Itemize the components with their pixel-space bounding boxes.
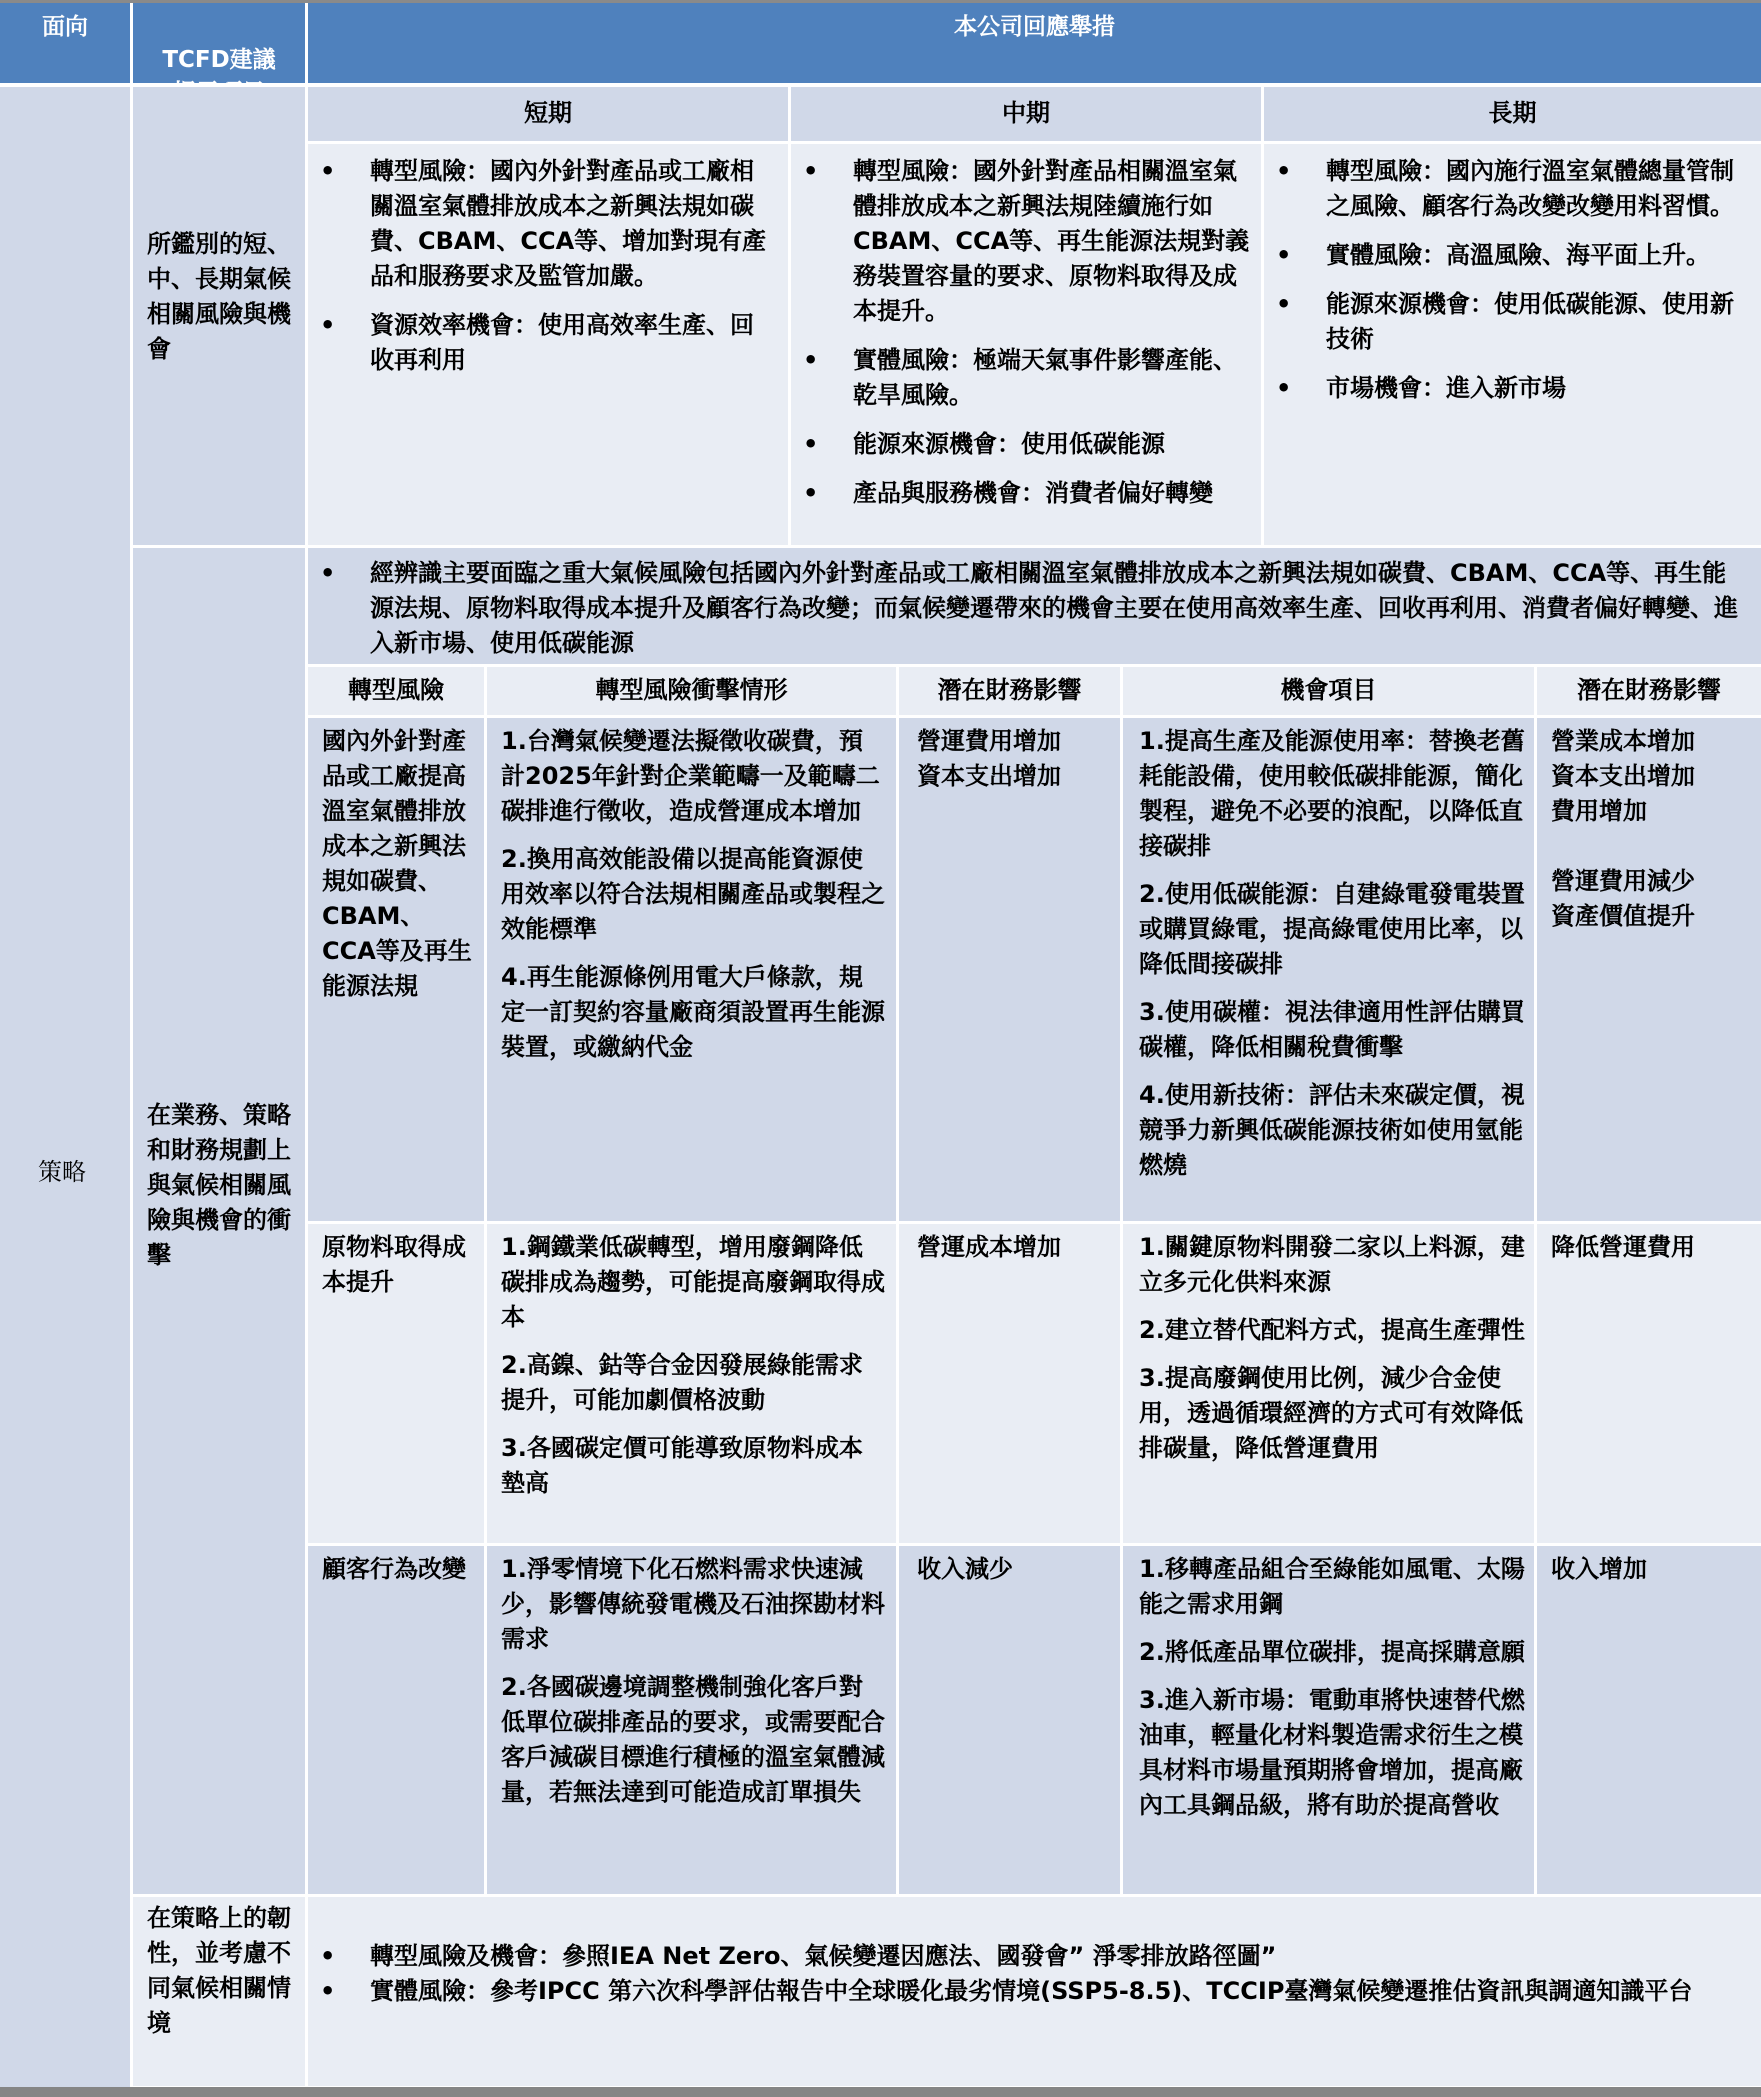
row3-opp-financial: 收入增加 bbox=[1537, 1546, 1761, 1894]
term-mid-label: 中期 bbox=[1002, 99, 1050, 127]
opportunity-item: 3.提高廢鋼使用比例，減少合金使用，透過循環經濟的方式可有效降低排碳量，降低營運… bbox=[1139, 1361, 1526, 1466]
bottom-bar bbox=[0, 2087, 1761, 2097]
term-mid-header: 中期 bbox=[791, 87, 1261, 141]
short-term-list: 轉型風險：國內外針對產品或工廠相關溫室氣體排放成本之新興法規如碳費、CBAM、C… bbox=[308, 154, 774, 378]
header-aspect: 面向 bbox=[0, 3, 130, 83]
row3-risk-text: 顧客行為改變 bbox=[322, 1555, 466, 1583]
opportunity-item: 2.使用低碳能源：自建綠電發電裝置或購買綠電，提高綠電使用比率，以降低間接碳排 bbox=[1139, 877, 1526, 982]
financial-spacer bbox=[1551, 829, 1753, 864]
impact-item: 3.各國碳定價可能導致原物料成本墊高 bbox=[501, 1431, 886, 1501]
section1-label-cell: 所鑑別的短、中、長期氣候相關風險與機會 bbox=[133, 87, 305, 545]
financial-item: 資本支出增加 bbox=[1551, 759, 1753, 794]
col-header-risk-label: 轉型風險 bbox=[348, 676, 444, 704]
col-header-opportunity: 機會項目 bbox=[1123, 667, 1534, 715]
list-item: 實體風險：高溫風險、海平面上升。 bbox=[1264, 238, 1747, 273]
col-header-opp-financial: 潛在財務影響 bbox=[1537, 667, 1761, 715]
row1-risk: 國內外針對產品或工廠提高溫室氣體排放成本之新興法規如碳費、CBAM、CCA等及再… bbox=[308, 718, 484, 1221]
aspect-label: 策略 bbox=[38, 1155, 86, 1190]
header-aspect-label: 面向 bbox=[42, 14, 88, 40]
section1-label: 所鑑別的短、中、長期氣候相關風險與機會 bbox=[147, 227, 291, 367]
impact-item: 1.鋼鐵業低碳轉型，增用廢鋼降低碳排成為趨勢，可能提高廢鋼取得成本 bbox=[501, 1230, 886, 1335]
header-response-label: 本公司回應舉措 bbox=[954, 14, 1115, 40]
list-item: 實體風險：參考IPCC 第六次科學評估報告中全球暖化最劣情境(SSP5-8.5)… bbox=[308, 1974, 1741, 2009]
opportunity-item: 3.進入新市場：電動車將快速替代燃油車，輕量化材料製造需求衍生之模具材料市場量預… bbox=[1139, 1683, 1526, 1823]
row3-impacts: 1.淨零情境下化石燃料需求快速減少，影響傳統發電機及石油探勘材料需求 2.各國碳… bbox=[487, 1546, 896, 1894]
row2-risk-financial: 營運成本增加 bbox=[899, 1224, 1120, 1543]
financial-item: 費用增加 bbox=[1551, 794, 1753, 829]
list-item: 轉型風險：國外針對產品相關溫室氣體排放成本之新興法規陸續施行如CBAM、CCA等… bbox=[791, 154, 1253, 329]
row3-opportunities: 1.移轉產品組合至綠能如風電、太陽能之需求用鋼 2.將低產品單位碳排，提高採購意… bbox=[1123, 1546, 1534, 1894]
row1-impacts: 1.台灣氣候變遷法擬徵收碳費，預計2025年針對企業範疇一及範疇二碳排進行徵收，… bbox=[487, 718, 896, 1221]
col-header-impact: 轉型風險衝擊情形 bbox=[487, 667, 896, 715]
financial-item: 營運費用減少 bbox=[1551, 864, 1753, 899]
financial-item: 營業成本增加 bbox=[1551, 724, 1753, 759]
section3-label: 在策略上的韌性，並考慮不同氣候相關情境 bbox=[147, 1901, 291, 2041]
impact-item: 1.台灣氣候變遷法擬徵收碳費，預計2025年針對企業範疇一及範疇二碳排進行徵收，… bbox=[501, 724, 886, 829]
list-item: 轉型風險：國內施行溫室氣體總量管制之風險、顧客行為改變改變用料習慣。 bbox=[1264, 154, 1747, 224]
row2-risk: 原物料取得成本提升 bbox=[308, 1224, 484, 1543]
term-long-label: 長期 bbox=[1489, 99, 1537, 127]
financial-item: 營運成本增加 bbox=[917, 1230, 1110, 1265]
summary-list: 經辨識主要面臨之重大氣候風險包括國內外針對產品或工廠相關溫室氣體排放成本之新興法… bbox=[308, 556, 1741, 661]
opportunity-item: 2.將低產品單位碳排，提高採購意願 bbox=[1139, 1635, 1526, 1670]
opportunity-item: 1.提高生產及能源使用率：替換老舊耗能設備，使用較低碳排能源，簡化製程，避免不必… bbox=[1139, 724, 1526, 864]
term-short-label: 短期 bbox=[524, 99, 572, 127]
list-item: 轉型風險：國內外針對產品或工廠相關溫室氣體排放成本之新興法規如碳費、CBAM、C… bbox=[308, 154, 774, 294]
section2-label: 在業務、策略和財務規劃上與氣候相關風險與機會的衝擊 bbox=[147, 1098, 291, 1273]
row2-opportunities: 1.關鍵原物料開發二家以上料源，建立多元化供料來源 2.建立替代配料方式，提高生… bbox=[1123, 1224, 1534, 1543]
col-header-opportunity-label: 機會項目 bbox=[1281, 676, 1377, 704]
list-item: 產品與服務機會：消費者偏好轉變 bbox=[791, 476, 1253, 511]
row2-opp-financial: 降低營運費用 bbox=[1537, 1224, 1761, 1543]
impact-item: 2.換用高效能設備以提高能資源使用效率以符合法規相關產品或製程之效能標準 bbox=[501, 842, 886, 947]
list-item: 市場機會：進入新市場 bbox=[1264, 371, 1747, 406]
impact-item: 2.高鎳、鈷等合金因發展綠能需求提升，可能加劇價格波動 bbox=[501, 1348, 886, 1418]
col-header-opp-financial-label: 潛在財務影響 bbox=[1577, 676, 1721, 704]
col-header-risk-financial: 潛在財務影響 bbox=[899, 667, 1120, 715]
col-header-risk: 轉型風險 bbox=[308, 667, 484, 715]
financial-item: 資產價值提升 bbox=[1551, 899, 1753, 934]
col-header-impact-label: 轉型風險衝擊情形 bbox=[596, 676, 788, 704]
section2-label-cell: 在業務、策略和財務規劃上與氣候相關風險與機會的衝擊 bbox=[133, 548, 305, 1894]
opportunity-item: 1.關鍵原物料開發二家以上料源，建立多元化供料來源 bbox=[1139, 1230, 1526, 1300]
header-tcfd-label: TCFD建議 揭露項目 bbox=[162, 47, 275, 83]
impact-item: 1.淨零情境下化石燃料需求快速減少，影響傳統發電機及石油探勘材料需求 bbox=[501, 1552, 886, 1657]
opportunity-item: 3.使用碳權：視法律適用性評估購買碳權，降低相關稅費衝擊 bbox=[1139, 995, 1526, 1065]
row2-impacts: 1.鋼鐵業低碳轉型，增用廢鋼降低碳排成為趨勢，可能提高廢鋼取得成本 2.高鎳、鈷… bbox=[487, 1224, 896, 1543]
list-item: 經辨識主要面臨之重大氣候風險包括國內外針對產品或工廠相關溫室氣體排放成本之新興法… bbox=[308, 556, 1741, 661]
list-item: 能源來源機會：使用低碳能源、使用新技術 bbox=[1264, 287, 1747, 357]
row3-risk-financial: 收入減少 bbox=[899, 1546, 1120, 1894]
financial-item: 收入增加 bbox=[1551, 1552, 1753, 1587]
section3-label-cell: 在策略上的韌性，並考慮不同氣候相關情境 bbox=[133, 1897, 305, 2086]
row1-opp-financial: 營業成本增加 資本支出增加 費用增加 營運費用減少 資產價值提升 bbox=[1537, 718, 1761, 1221]
financial-item: 營運費用增加 bbox=[917, 724, 1110, 759]
term-short-content: 轉型風險：國內外針對產品或工廠相關溫室氣體排放成本之新興法規如碳費、CBAM、C… bbox=[308, 144, 788, 545]
header-response: 本公司回應舉措 bbox=[308, 3, 1761, 83]
row1-opportunities: 1.提高生產及能源使用率：替換老舊耗能設備，使用較低碳排能源，簡化製程，避免不必… bbox=[1123, 718, 1534, 1221]
col-header-risk-financial-label: 潛在財務影響 bbox=[938, 676, 1082, 704]
mid-term-list: 轉型風險：國外針對產品相關溫室氣體排放成本之新興法規陸續施行如CBAM、CCA等… bbox=[791, 154, 1253, 511]
term-long-header: 長期 bbox=[1264, 87, 1761, 141]
row1-risk-text: 國內外針對產品或工廠提高溫室氣體排放成本之新興法規如碳費、CBAM、CCA等及再… bbox=[322, 727, 472, 1000]
term-short-header: 短期 bbox=[308, 87, 788, 141]
list-item: 轉型風險及機會：參照IEA Net Zero、氣候變遷因應法、國發會” 淨零排放… bbox=[308, 1939, 1741, 1974]
opportunity-item: 1.移轉產品組合至綠能如風電、太陽能之需求用鋼 bbox=[1139, 1552, 1526, 1622]
aspect-cell: 策略 bbox=[0, 87, 130, 2087]
section3-list: 轉型風險及機會：參照IEA Net Zero、氣候變遷因應法、國發會” 淨零排放… bbox=[308, 1939, 1741, 2009]
list-item: 資源效率機會：使用高效率生產、回收再利用 bbox=[308, 308, 774, 378]
term-mid-content: 轉型風險：國外針對產品相關溫室氣體排放成本之新興法規陸續施行如CBAM、CCA等… bbox=[791, 144, 1261, 545]
financial-item: 收入減少 bbox=[917, 1552, 1110, 1587]
section3-content: 轉型風險及機會：參照IEA Net Zero、氣候變遷因應法、國發會” 淨零排放… bbox=[308, 1897, 1761, 2086]
row1-risk-financial: 營運費用增加 資本支出增加 bbox=[899, 718, 1120, 1221]
opportunity-item: 2.建立替代配料方式，提高生產彈性 bbox=[1139, 1313, 1526, 1348]
long-term-list: 轉型風險：國內施行溫室氣體總量管制之風險、顧客行為改變改變用料習慣。 實體風險：… bbox=[1264, 154, 1747, 406]
impact-item: 2.各國碳邊境調整機制強化客戶對低單位碳排產品的要求，或需要配合客戶減碳目標進行… bbox=[501, 1670, 886, 1810]
row3-risk: 顧客行為改變 bbox=[308, 1546, 484, 1894]
list-item: 能源來源機會：使用低碳能源 bbox=[791, 427, 1253, 462]
section2-summary: 經辨識主要面臨之重大氣候風險包括國內外針對產品或工廠相關溫室氣體排放成本之新興法… bbox=[308, 548, 1761, 664]
list-item: 實體風險：極端天氣事件影響產能、乾旱風險。 bbox=[791, 343, 1253, 413]
term-long-content: 轉型風險：國內施行溫室氣體總量管制之風險、顧客行為改變改變用料習慣。 實體風險：… bbox=[1264, 144, 1761, 545]
header-tcfd: TCFD建議 揭露項目 bbox=[133, 3, 305, 83]
opportunity-item: 4.使用新技術：評估未來碳定價，視競爭力新興低碳能源技術如使用氫能燃燒 bbox=[1139, 1078, 1526, 1183]
financial-item: 降低營運費用 bbox=[1551, 1230, 1753, 1265]
impact-item: 4.再生能源條例用電大戶條款，規定一訂契約容量廠商須設置再生能源裝置，或繳納代金 bbox=[501, 960, 886, 1065]
financial-item: 資本支出增加 bbox=[917, 759, 1110, 794]
row2-risk-text: 原物料取得成本提升 bbox=[322, 1233, 466, 1296]
